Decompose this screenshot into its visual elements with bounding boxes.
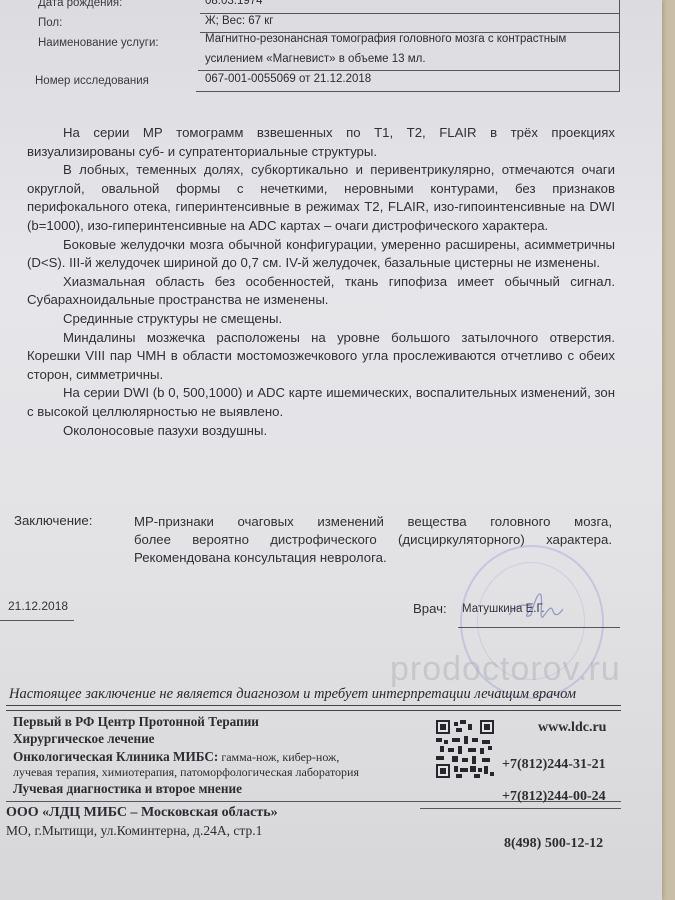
table-line (200, 13, 620, 14)
study-number-label: Номер исследования (35, 75, 149, 87)
disclaimer: Настоящее заключение не является диагноз… (9, 686, 619, 703)
disclaimer-double-line (6, 705, 621, 711)
oncology-services: гамма-нож, кибер-нож, (218, 750, 339, 764)
findings-paragraph: Срединные структуры не смещены. (27, 310, 615, 329)
website-link[interactable]: www.ldc.ru (538, 720, 606, 736)
doctor-name: Матушкина Е.Г. (462, 603, 545, 615)
company-name: ООО «ЛДЦ МИБС – Московская область» (6, 805, 278, 821)
findings-paragraph: В лобных, теменных долях, субкортикально… (27, 161, 615, 235)
footer-line-surgery: Хирургическое лечение (13, 731, 155, 747)
footer-line-proton: Первый в РФ Центр Протонной Терапии (13, 714, 259, 730)
watermark: prodoctorov.ru (390, 650, 621, 689)
company-address: МО, г.Мытищи, ул.Коминтерна, д.24А, стр.… (6, 823, 262, 839)
footer-divider-right (420, 808, 621, 809)
findings-paragraph: Хиазмальная область без особенностей, тк… (27, 273, 615, 310)
findings-paragraph: Миндалины мозжечка расположены на уровне… (27, 329, 615, 385)
table-line (196, 91, 620, 92)
date-underline (0, 620, 74, 621)
service-value-line2: усилением «Магневист» в объеме 13 мл. (205, 53, 426, 65)
conclusion-label: Заключение: (14, 513, 92, 528)
sex-weight-value: Ж; Вес: 67 кг (205, 15, 273, 27)
table-line (198, 70, 620, 71)
sex-label: Пол: (38, 17, 62, 29)
service-value-line1: Магнитно-резонансная томография головног… (205, 33, 566, 45)
findings-text: На серии МР томограмм взвешенных по Т1, … (27, 124, 615, 440)
footer-line-oncology: Онкологическая Клиника МИБС: гамма-нож, … (13, 748, 339, 766)
report-paper: Дата рождения: 08.03.1974 Пол: Ж; Вес: 6… (0, 0, 662, 900)
oncology-clinic-name: Онкологическая Клиника МИБС: (13, 749, 218, 764)
table-border (619, 0, 620, 92)
phone-1[interactable]: +7(812)244-31-21 (502, 757, 606, 773)
footer-line-therapy: лучевая терапия, химиотерапия, патоморфо… (13, 765, 359, 780)
doctor-underline (458, 627, 620, 628)
qr-code-icon (436, 720, 494, 778)
footer-line-diagnostics: Лучевая диагностика и второе мнение (13, 781, 242, 797)
study-number-value: 067-001-0055069 от 21.12.2018 (205, 73, 371, 85)
phone-3[interactable]: 8(498) 500-12-12 (504, 836, 603, 852)
findings-paragraph: Околоносовые пазухи воздушны. (27, 422, 615, 441)
doctor-label: Врач: (413, 601, 447, 616)
findings-paragraph: Боковые желудочки мозга обычной конфигур… (27, 236, 615, 273)
phone-2[interactable]: +7(812)244-00-24 (502, 789, 606, 805)
findings-paragraph: На серии DWI (b 0, 500,1000) и ADC карте… (27, 384, 615, 421)
conclusion-line: МР-признаки очаговых изменений вещества … (134, 513, 612, 531)
service-label: Наименование услуги: (38, 37, 159, 49)
report-date: 21.12.2018 (8, 599, 68, 613)
birthdate-label: Дата рождения: (38, 0, 122, 9)
findings-paragraph: На серии МР томограмм взвешенных по Т1, … (27, 124, 615, 161)
birthdate-value: 08.03.1974 (205, 0, 263, 7)
